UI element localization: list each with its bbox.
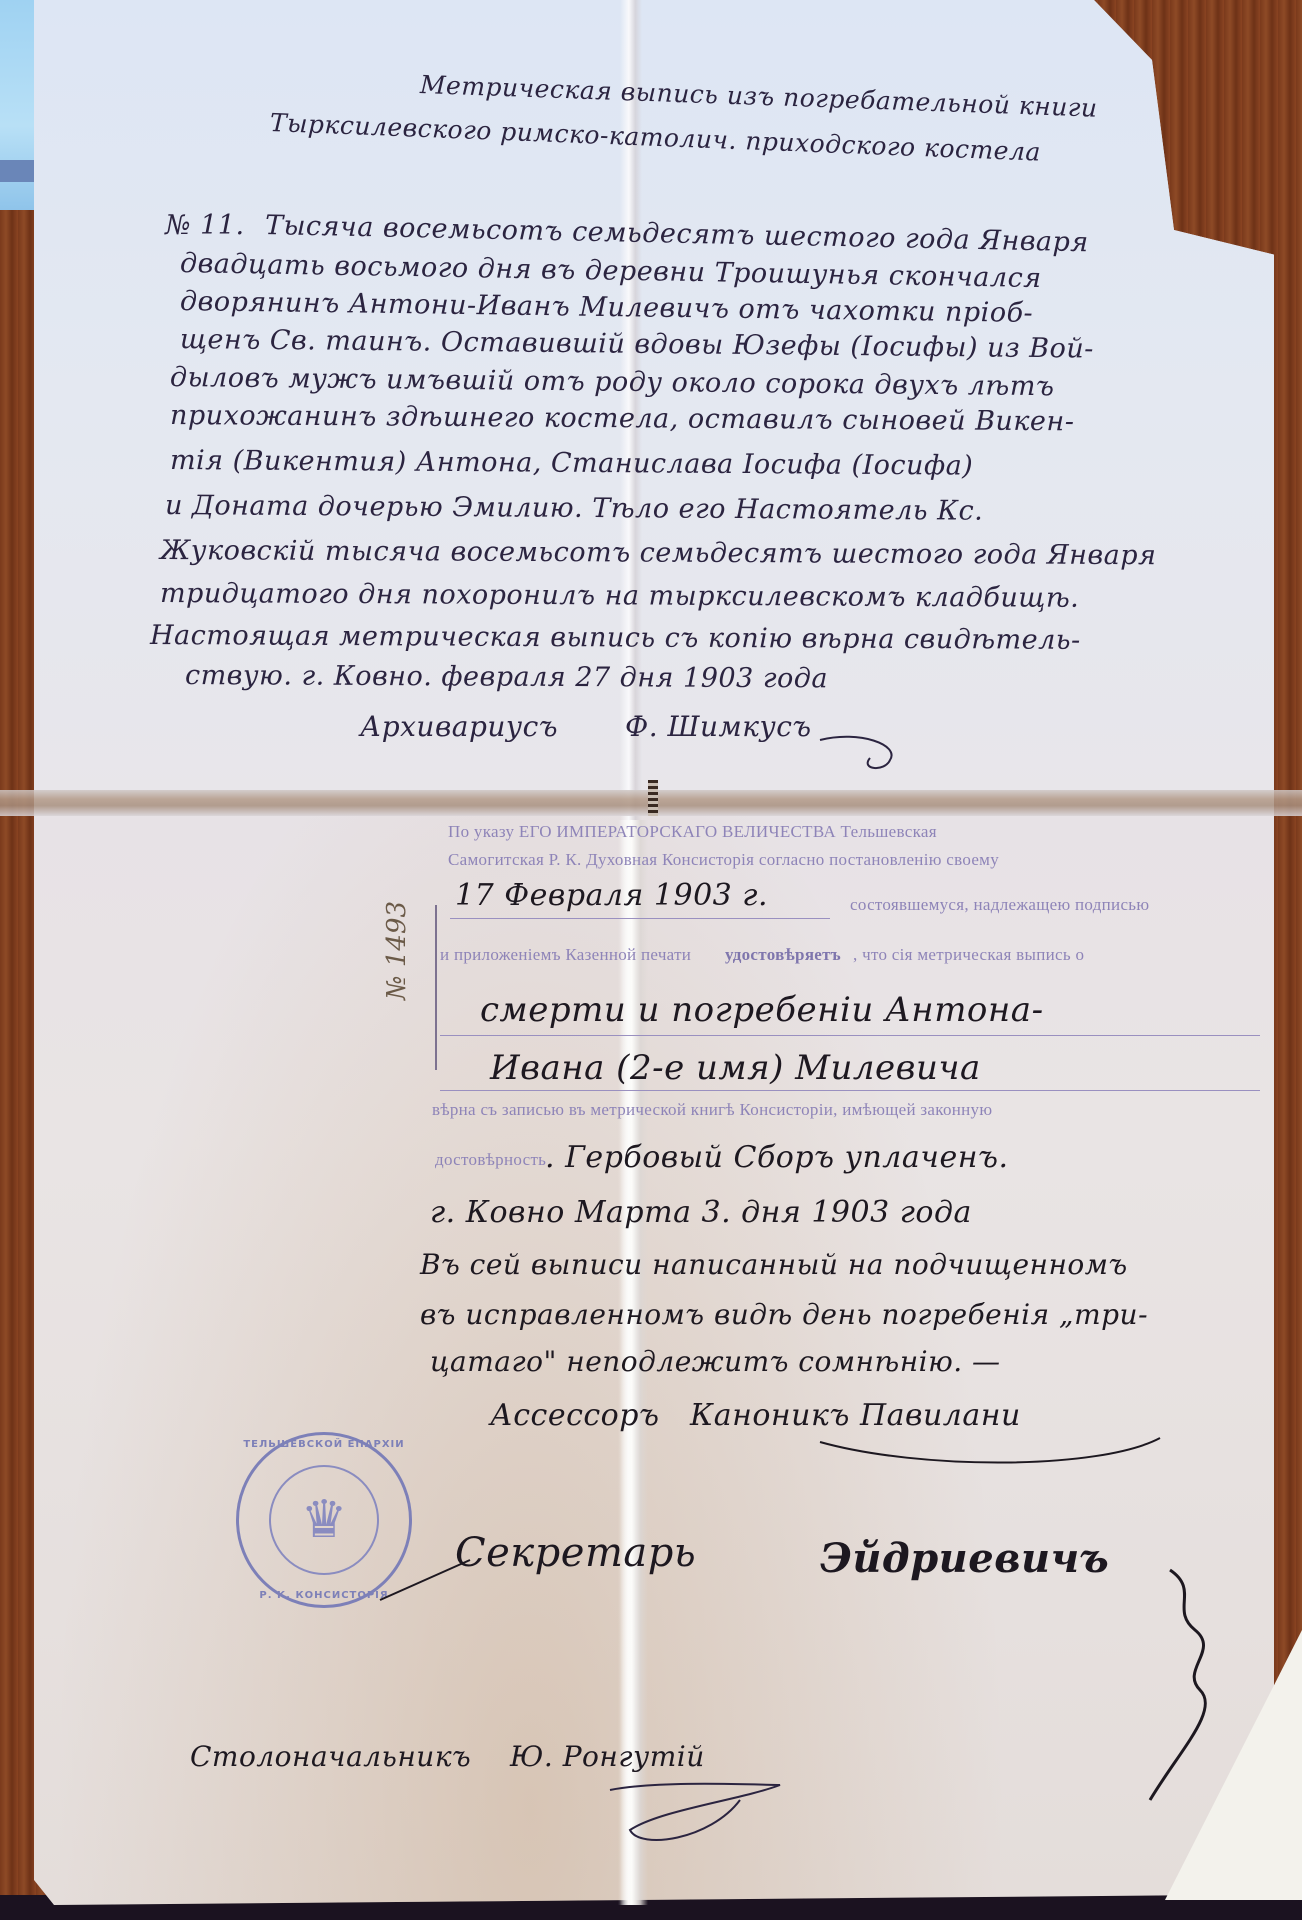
register-number: № 1493 <box>382 901 412 1000</box>
double-headed-eagle-icon: ♛ <box>269 1465 379 1575</box>
record-line-10: тридцатого дня похоронилъ на тырксилевск… <box>160 578 1079 614</box>
record-line-9: Жуковскiй тысяча восемьсотъ семьдесятъ ш… <box>160 535 1157 571</box>
record-line-7: тiя (Викентия) Антона, Станислава Іосифа… <box>170 445 973 482</box>
assessor-title: Ассессоръ <box>490 1398 659 1433</box>
record-line-12: ствую. г. Ковно. февраля 27 дня 1903 год… <box>185 660 828 694</box>
printed-line-5: вѣрна съ записью въ метрической книгѣ Ко… <box>432 1100 992 1120</box>
record-line-11: Настоящая метрическая выпись съ копiю вѣ… <box>150 620 1081 656</box>
correction-note-1: Въ сей выписи написанный на подчищенномъ <box>420 1248 1128 1281</box>
paper-tear <box>648 780 658 816</box>
subject-bracket <box>435 905 437 1070</box>
subject-line-1: смерти и погребеніи Антона- <box>480 990 1044 1030</box>
subject-line-2: Ивана (2-е имя) Милевича <box>490 1048 981 1088</box>
date-rule <box>450 918 830 919</box>
archivist-name: Ф. Шимкусъ <box>625 710 812 743</box>
printed-line-3: состоявшемуся, надлежащею подписью <box>850 895 1149 915</box>
archivist-flourish-icon <box>800 700 980 780</box>
archivist-title: Архивариусъ <box>360 710 558 743</box>
correction-note-2: въ исправленномъ видѣ день погребенія „т… <box>420 1298 1148 1331</box>
printed-line-4c: , что сія метрическая выпись о <box>853 945 1084 965</box>
consistory-date: 17 Февраля 1903 г. <box>455 878 768 913</box>
seal-text-top: ТЕЛЬШЕВСКОЙ ЕПАРХІИ <box>239 1439 409 1450</box>
kovno-date-note: г. Ковно Марта 3. дня 1903 года <box>430 1195 972 1230</box>
clerk-title: Столоначальникъ <box>190 1740 471 1773</box>
stamp-duty-note: . Гербовый Сборъ уплаченъ. <box>545 1140 1009 1175</box>
subject-rule-2 <box>440 1090 1260 1091</box>
clerk-flourish-icon <box>600 1780 800 1850</box>
printed-line-6: достовѣрность <box>435 1150 546 1170</box>
printed-line-2: Самогитская Р. К. Духовная Консисторія с… <box>448 850 999 870</box>
printed-line-4a: и приложеніемъ Казенной печати <box>440 945 691 965</box>
record-number: № 11. <box>165 210 245 241</box>
clerk-name: Ю. Ронгутiй <box>510 1740 705 1773</box>
record-line-6: прихожанинъ здѣшнего костела, оставилъ с… <box>170 400 1075 437</box>
assessor-flourish-icon <box>800 1420 1180 1480</box>
record-line-8: и Доната дочерью Эмилию. Тѣло его Настоя… <box>165 490 983 527</box>
subject-rule-1 <box>440 1035 1260 1036</box>
printed-line-4b: удостовѣряетъ <box>725 945 841 965</box>
correction-note-3: цатаго" неподлежитъ сомнѣнію. — <box>430 1345 1001 1378</box>
printed-line-1: По указу ЕГО ИМПЕРАТОРСКАГО ВЕЛИЧЕСТВА Т… <box>448 822 937 842</box>
